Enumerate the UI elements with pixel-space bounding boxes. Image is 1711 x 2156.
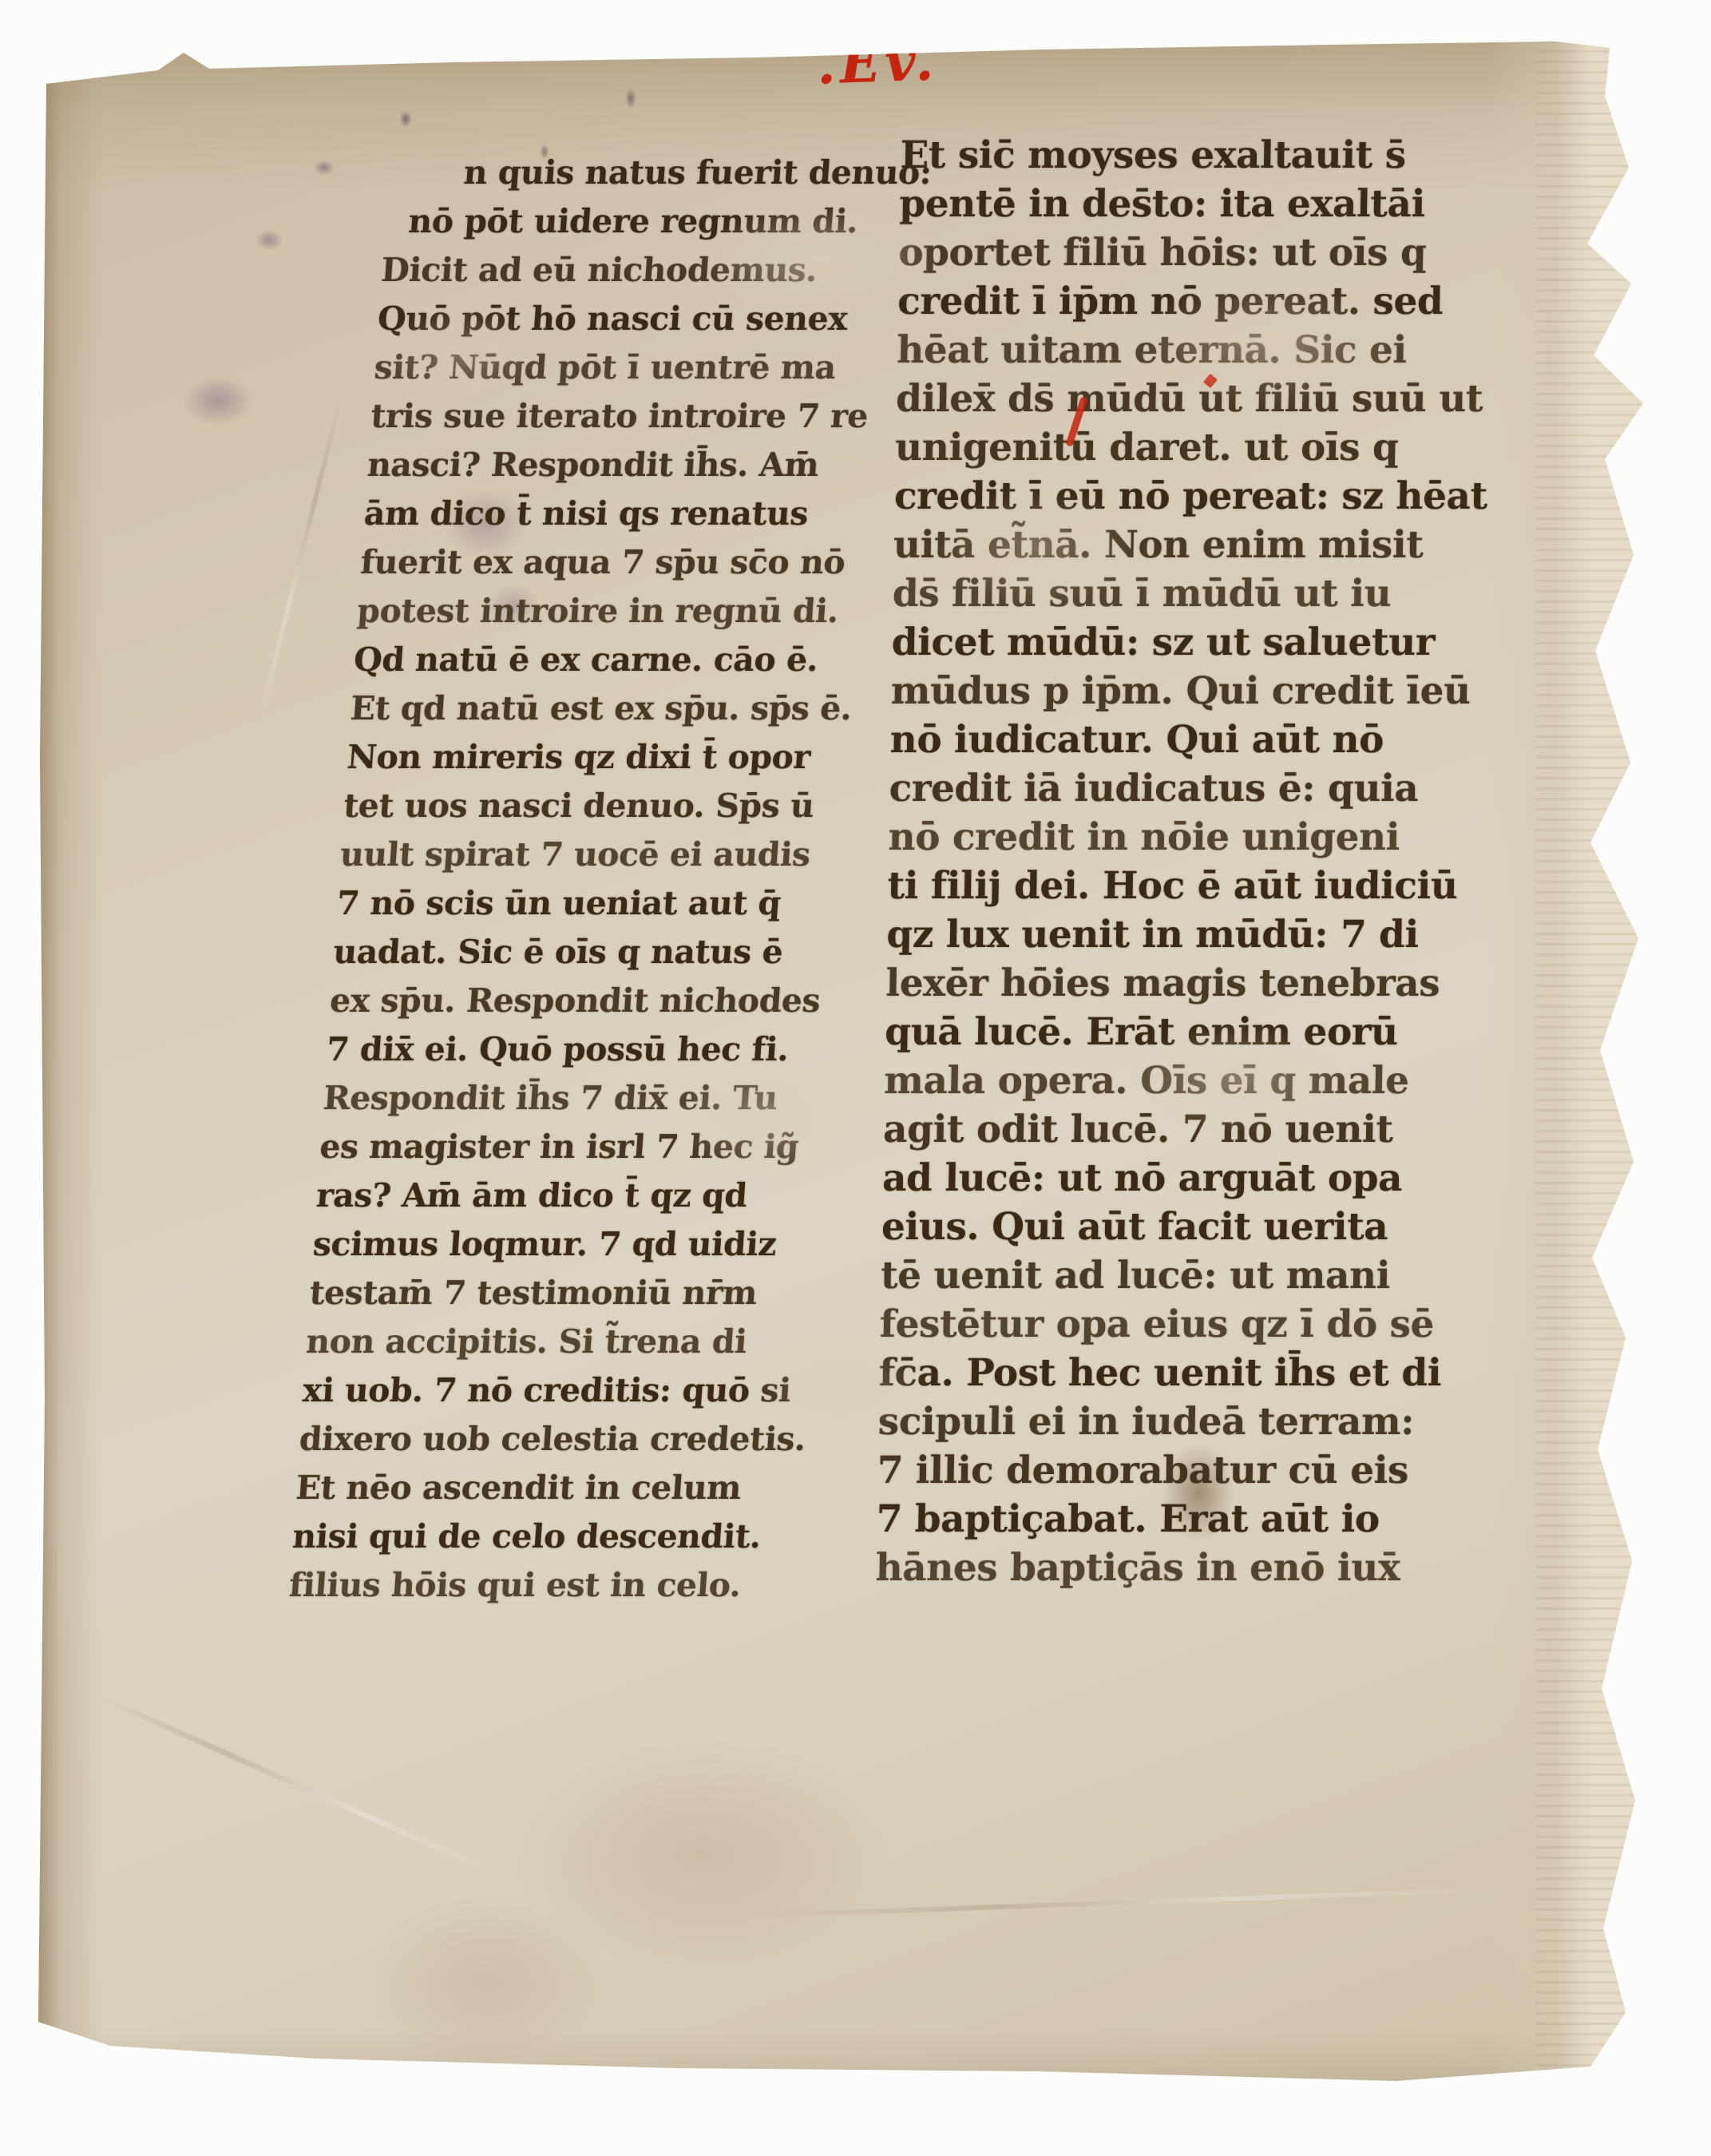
- text-line: ds̄ filiū suū ī mūdū ut iu: [892, 569, 1563, 618]
- text-line: Non mireris qz dixi t̄ opor: [346, 733, 924, 782]
- text-line: dilex̄ ds̄ mūdū ut filiū suū ut: [896, 375, 1567, 423]
- text-line: ad lucē: ut nō arguāt opa: [882, 1154, 1554, 1203]
- text-line: Et qd natū est ex sp̄u. sp̄s ē.: [349, 684, 927, 733]
- text-line: Et sic̄ moyses exaltauit s̄: [900, 131, 1571, 180]
- crease: [757, 1888, 1475, 1917]
- text-line: 7 dix̄ ei. Quō possū hec fi.: [325, 1025, 903, 1074]
- text-line: fuerit ex aqua 7 sp̄u sc̄o nō: [359, 538, 937, 587]
- text-line: nō iudicatur. Qui aūt nō: [889, 715, 1561, 764]
- text-line: dixero uob celestia credetis.: [298, 1415, 876, 1464]
- crease: [89, 1690, 499, 1877]
- text-line: ras? Am̄ ām dico t̄ qz qd: [315, 1171, 893, 1220]
- text-line: scipuli ei in iudeā terram:: [877, 1397, 1549, 1446]
- text-line: testam̄ 7 testimoniū nr̄m: [308, 1269, 886, 1318]
- text-column-right: Et sic̄ moyses exaltauit s̄pentē in des̄…: [875, 131, 1571, 1592]
- text-line: n quis natus fuerit denuo:: [386, 149, 964, 197]
- text-line: es magister in isrl 7 hec ig̃: [318, 1123, 896, 1171]
- text-line: xi uob. 7 nō creditis: quō si: [301, 1366, 879, 1415]
- text-line: oportet filiū hōis: ut oīs q: [898, 228, 1570, 277]
- text-line: agit odit lucē. 7 nō uenit: [883, 1105, 1555, 1154]
- text-line: credit iā iudicatus ē: quia: [889, 764, 1560, 813]
- text-line: Qd natū ē ex carne. cāo ē.: [352, 636, 930, 684]
- stain: [255, 230, 283, 251]
- crease: [259, 390, 344, 717]
- text-line: credit ī eū nō pereat: sz hēat: [893, 472, 1565, 521]
- text-line: hānes baptiçās in enō iux̄: [875, 1544, 1547, 1592]
- text-line: mūdus p ip̄m. Qui credit īeū: [890, 667, 1562, 715]
- text-line: nisi qui de celo descendit.: [291, 1512, 869, 1561]
- text-line: nō credit in nōie unigeni: [888, 813, 1559, 862]
- text-line: qz lux uenit in mūdū: 7 di: [886, 910, 1558, 959]
- text-line: eius. Qui aūt facit uerita: [881, 1203, 1553, 1251]
- stain: [182, 375, 254, 426]
- text-line: sit? Nūqd pōt ī uentrē ma: [373, 343, 951, 392]
- text-column-left: n quis natus fuerit denuo:nō pōt uidere …: [287, 149, 964, 1610]
- text-line: quā lucē. Erāt enim eorū: [885, 1008, 1556, 1056]
- manuscript-leaf: .Ev. n quis natus fuerit denuo:nō pōt ui…: [38, 40, 1655, 2104]
- text-line: ex sp̄u. Respondit nichodes: [328, 977, 906, 1025]
- text-line: Respondit ih̄s 7 dix̄ ei. Tu: [322, 1074, 900, 1123]
- text-line: nō pōt uidere regnum di.: [382, 197, 960, 246]
- text-line: nasci? Respondit ih̄s. Am̄: [366, 441, 944, 489]
- text-line: filius hōis qui est in celo.: [287, 1561, 865, 1610]
- text-line: fc̄a. Post hec uenit ih̄s et di: [878, 1349, 1550, 1397]
- text-line: non accipitis. Si t̃rena di: [304, 1318, 882, 1366]
- text-line: potest introire in regnū di.: [355, 587, 933, 636]
- text-line: ām dico t̄ nisi qs renatus: [362, 489, 941, 538]
- text-line: tē uenit ad lucē: ut mani: [880, 1251, 1551, 1300]
- running-title: .Ev.: [816, 30, 1025, 93]
- text-line: dicet mūdū: sz ut saluetur: [891, 618, 1562, 667]
- text-line: scimus loqmur. 7 qd uidiz: [311, 1220, 889, 1269]
- text-line: mala opera. Oīs eī q male: [884, 1056, 1555, 1105]
- text-line: 7 nō scis ūn ueniat aut q̄: [335, 879, 913, 928]
- text-line: tris sue iterato introire 7 re: [369, 392, 947, 441]
- text-line: pentē in des̄to: ita exaltāi: [899, 180, 1570, 228]
- text-line: Quō pōt hō nasci cū senex: [376, 295, 954, 343]
- text-line: uadat. Sic ē oīs q natus ē: [331, 928, 909, 977]
- text-line: uitā et̃nā. Non enim misit: [893, 521, 1564, 569]
- text-line: 7 baptiçabat. Erat aūt io: [876, 1495, 1547, 1544]
- ink-speck: [625, 88, 636, 109]
- text-line: 7 illic demorabatur cū eis: [877, 1446, 1548, 1495]
- text-line: hēat uitam eternā. Sic ei: [897, 326, 1568, 375]
- text-line: unigenitū daret. ut oīs q: [895, 423, 1566, 472]
- text-line: lexēr hōies magis tenebras: [885, 959, 1557, 1008]
- text-line: Dicit ad eū nichodemus.: [379, 246, 957, 295]
- text-line: tet uos nasci denuo. Sp̄s ū: [342, 782, 920, 830]
- text-line: uult spirat 7 uocē ei audis: [339, 830, 917, 879]
- text-line: credit ī ip̄m nō pereat. sed: [897, 277, 1569, 326]
- stain: [314, 160, 335, 176]
- ink-speck: [399, 110, 412, 128]
- text-line: Et nēo ascendit in celum: [295, 1464, 873, 1512]
- text-line: festētur opa eius qz ī dō sē: [879, 1300, 1551, 1349]
- text-line: ti filij dei. Hoc ē aūt iudiciū: [887, 862, 1559, 910]
